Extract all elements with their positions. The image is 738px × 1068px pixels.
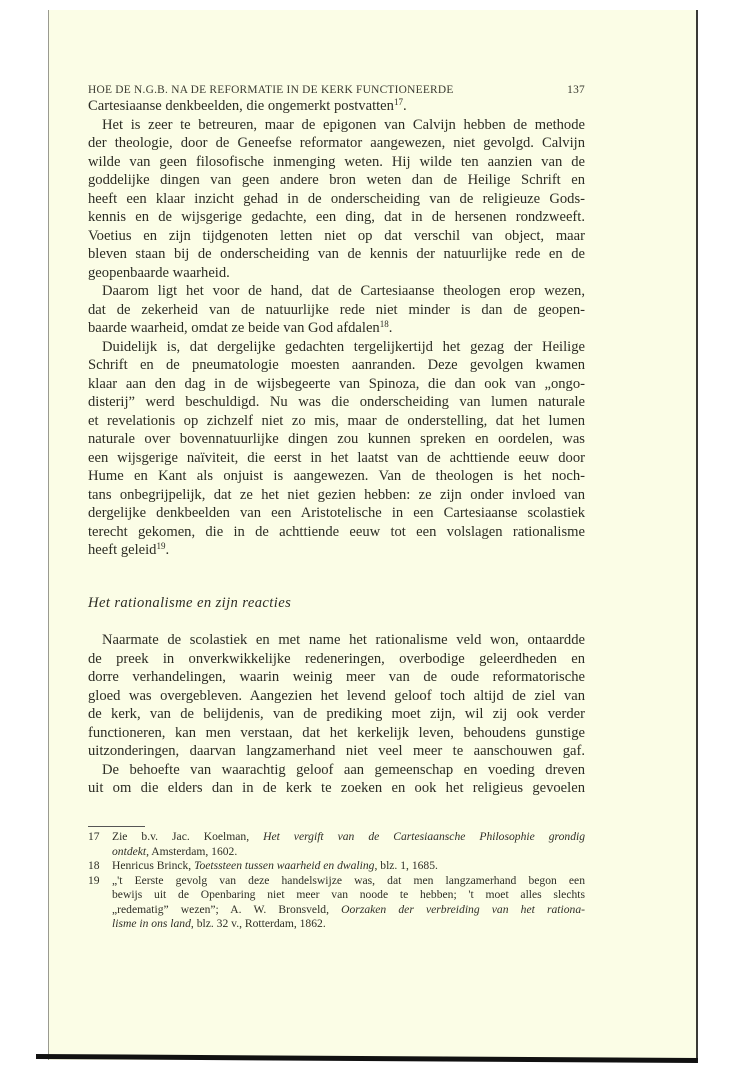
text-line: bleven staan bij de onderscheiding van d…	[88, 245, 585, 264]
footnote-line: Henricus Brinck, Toetssteen tussen waarh…	[112, 859, 585, 874]
text-line: wilde van geen filosofische inmenging we…	[88, 153, 585, 172]
text-line: et revelationis op zichzelf niet zo mis,…	[88, 412, 585, 431]
body-section-1: Cartesiaanse denkbeelden, die ongemerkt …	[88, 97, 585, 560]
text-line: disterij” werd beschuldigd. Nu was die o…	[88, 393, 585, 412]
text-line: dat de zekerheid van de natuurlijke rede…	[88, 301, 585, 320]
text-line: baarde waarheid, omdat ze beide van God …	[88, 319, 585, 338]
text-line: Hume en Kant als onjuist is aangewezen. …	[88, 467, 585, 486]
text-line: uitzonderingen, daarvan langzamerhand ni…	[88, 742, 585, 761]
text-line: Het is zeer te betreuren, maar de epigon…	[88, 116, 585, 135]
footnote-number: 19	[88, 874, 112, 932]
footnote-ref[interactable]: 18	[380, 319, 389, 329]
footnote-line: lisme in ons land, blz. 32 v., Rotterdam…	[112, 917, 585, 932]
footnote-separator	[88, 826, 145, 827]
text-line: dorre verhandelingen, waarin weinig meer…	[88, 668, 585, 687]
page-number: 137	[567, 84, 585, 96]
text-line: heeft geleid19.	[88, 541, 585, 560]
footnote-17: 17Zie b.v. Jac. Koelman, Het vergift van…	[88, 830, 585, 859]
text-line: kennis en de wijsgerige gedachte, een di…	[88, 208, 585, 227]
text-line: de kerk, van de belijdenis, van de predi…	[88, 705, 585, 724]
text-line: heeft een klaar inzicht gehad in de onde…	[88, 190, 585, 209]
text-line: der theologie, door de Geneefse reformat…	[88, 134, 585, 153]
footnote-number: 17	[88, 830, 112, 859]
footnote-line: „redematig” wezen”; A. W. Bronsveld, Oor…	[112, 903, 585, 918]
section-heading: Het rationalisme en zijn reacties	[88, 595, 291, 612]
body-section-2: Naarmate de scolastiek en met name het r…	[88, 631, 585, 798]
footnote-ref[interactable]: 17	[394, 97, 403, 107]
text-line: terecht gekomen, die in de achttiende ee…	[88, 523, 585, 542]
text-line: gloed was overgebleven. Aangezien het le…	[88, 687, 585, 706]
footnote-line: ontdekt, Amsterdam, 1602.	[112, 845, 585, 860]
text-line: goddelijke dingen van geen andere bron w…	[88, 171, 585, 190]
text-line: Schrift en de pneumatologie moesten aanr…	[88, 356, 585, 375]
text-line: Voetius en zijn tijdgenoten letten niet …	[88, 227, 585, 246]
text-line: de preek in onverkwikkelijke redeneringe…	[88, 650, 585, 669]
text-line: naturale over bovennatuurlijke dingen zo…	[88, 430, 585, 449]
text-line: uit om die elders dan in de kerk te zoek…	[88, 779, 585, 798]
text-line: klaar aan den dag in de wijsbegeerte van…	[88, 375, 585, 394]
footnotes: 17Zie b.v. Jac. Koelman, Het vergift van…	[88, 830, 585, 932]
text-line: Naarmate de scolastiek en met name het r…	[88, 631, 585, 650]
footnote-line: bewijs uit de Openbaring niet meer van n…	[112, 888, 585, 903]
text-line: geopenbaarde waarheid.	[88, 264, 585, 283]
footnote-ref[interactable]: 19	[156, 541, 165, 551]
footnote-19: 19„'t Eerste gevolg van deze handelswijz…	[88, 874, 585, 932]
text-line: tans onbegrijpelijk, dat ze het niet gez…	[88, 486, 585, 505]
text-line: functioneren, kan men verstaan, dat het …	[88, 724, 585, 743]
running-head-title: HOE DE N.G.B. NA DE REFORMATIE IN DE KER…	[88, 84, 454, 96]
footnote-number: 18	[88, 859, 112, 874]
running-head: HOE DE N.G.B. NA DE REFORMATIE IN DE KER…	[88, 84, 585, 96]
text-line: Duidelijk is, dat dergelijke gedachten t…	[88, 338, 585, 357]
text-line: Daarom ligt het voor de hand, dat de Car…	[88, 282, 585, 301]
text-line: Cartesiaanse denkbeelden, die ongemerkt …	[88, 97, 585, 116]
text-line: De behoefte van waarachtig geloof aan ge…	[88, 761, 585, 780]
text-line: een wijsgerige naïviteit, die eerst in h…	[88, 449, 585, 468]
footnote-18: 18Henricus Brinck, Toetssteen tussen waa…	[88, 859, 585, 874]
footnote-line: Zie b.v. Jac. Koelman, Het vergift van d…	[112, 830, 585, 845]
footnote-line: „'t Eerste gevolg van deze handelswijze …	[112, 874, 585, 889]
text-line: dergelijke denkbeelden van een Aristotel…	[88, 504, 585, 523]
